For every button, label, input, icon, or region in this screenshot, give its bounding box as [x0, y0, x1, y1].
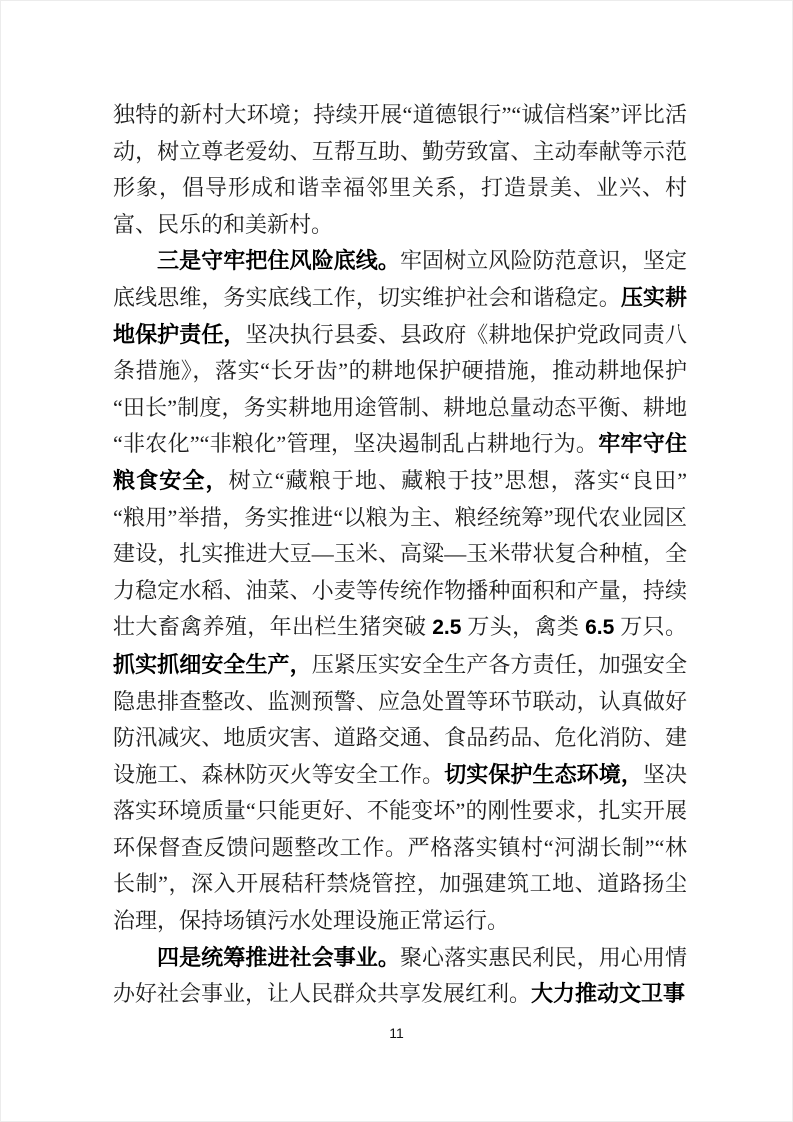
text-run: 万头，禽类: [461, 614, 585, 639]
text-run: 树立“藏粮于地、藏粮于技”思想，落实“良田”“粮用”举措，务实推进“以粮为主、粮…: [113, 468, 687, 639]
text-run: 坚决落实环境质量“只能更好、不能变坏”的刚性要求，扎实开展环保督查反馈问题整改工…: [113, 762, 687, 933]
document-page: 独特的新村大环境；持续开展“道德银行”“诚信档案”评比活动，树立尊老爱幼、互帮互…: [0, 0, 793, 1122]
text-run: 三是守牢把住风险底线。: [157, 248, 400, 273]
text-run: 四是统筹推进社会事业。: [157, 945, 400, 970]
text-run: 2.5: [432, 616, 461, 639]
text-run: 6.5: [585, 616, 614, 639]
text-run: 万只。: [614, 614, 687, 639]
text-run: 抓实抓细安全生产，: [113, 652, 312, 677]
text-run: 大力推动文卫事: [531, 981, 685, 1006]
text-run: 独特的新村大环境；持续开展“道德银行”“诚信档案”评比活动，树立尊老爱幼、互帮互…: [113, 102, 687, 237]
document-body: 独特的新村大环境；持续开展“道德银行”“诚信档案”评比活动，树立尊老爱幼、互帮互…: [113, 97, 687, 1013]
page-number: 11: [1, 1025, 792, 1041]
paragraph: 四是统筹推进社会事业。聚心落实惠民利民，用心用情办好社会事业，让人民群众共享发展…: [113, 940, 687, 1013]
paragraph: 三是守牢把住风险底线。牢固树立风险防范意识，坚定底线思维，务实底线工作，切实维护…: [113, 243, 687, 939]
paragraph: 独特的新村大环境；持续开展“道德银行”“诚信档案”评比活动，树立尊老爱幼、互帮互…: [113, 97, 687, 243]
text-run: 切实保护生态环境，: [444, 762, 643, 787]
